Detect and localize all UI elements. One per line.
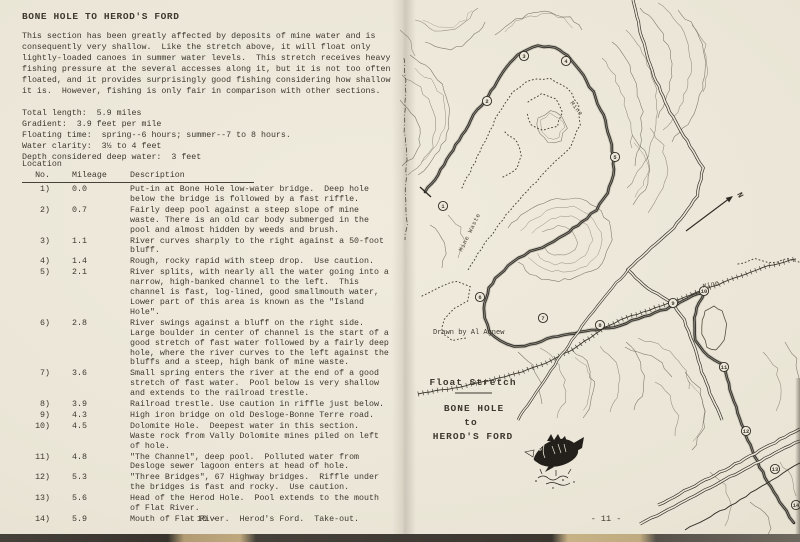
row-mileage: 0.7 [72, 206, 112, 236]
map-marker-2: 2 [482, 96, 491, 105]
marker-number: 12 [743, 429, 749, 435]
column-header-no: No. [22, 170, 50, 181]
stat-line: Total length: 5.9 miles [22, 108, 291, 119]
contour-line [430, 225, 446, 268]
marker-number: 7 [541, 316, 544, 322]
row-no: 6) [22, 319, 50, 369]
marker-number: 11 [721, 365, 727, 371]
map-contour-lines [400, 3, 799, 540]
contour-line [572, 350, 595, 418]
contour-line [410, 55, 450, 175]
table-row: 10)4.5Dolomite Hole. Deepest water in th… [22, 422, 392, 452]
contour-line [785, 342, 799, 378]
map-marker-6: 6 [475, 292, 484, 301]
row-mileage: 5.3 [72, 473, 112, 493]
row-description: Small spring enters the river at the end… [130, 369, 392, 399]
table-row: 7)3.6Small spring enters the river at th… [22, 369, 392, 399]
river-centerline [425, 46, 794, 523]
row-mileage: 5.9 [72, 515, 112, 525]
topographic-map: 1234567891011121314 N Mine Waste Mine Mi… [400, 0, 800, 542]
table-row: 11)4.8"The Channel", deep pool. Polluted… [22, 453, 392, 473]
marker-number: 13 [772, 467, 778, 473]
marker-number: 5 [613, 155, 616, 161]
row-no: 7) [22, 369, 50, 399]
map-marker-1: 1 [438, 201, 447, 210]
intro-paragraph: This section has been greatly affected b… [22, 31, 396, 97]
contour-line [688, 381, 705, 442]
contour-line [763, 352, 781, 411]
row-no: 3) [22, 237, 50, 257]
row-mileage: 2.8 [72, 319, 112, 369]
railroad-line [418, 259, 796, 394]
river-stats-list: Total length: 5.9 milesGradient: 3.9 fee… [22, 108, 291, 163]
contour-line [655, 382, 679, 436]
row-mileage: 3.9 [72, 400, 112, 410]
contour-line [415, 68, 446, 162]
row-description: High iron bridge on old Desloge-Bonne Te… [130, 411, 392, 421]
map-caption: Float Stretch BONE HOLE to HEROD'S FORD [429, 377, 516, 442]
dotted-trail [738, 259, 799, 265]
contour-line [518, 352, 542, 404]
map-label-mine-inner: Mine [568, 100, 584, 118]
caption-float-stretch: Float Stretch [429, 377, 516, 388]
row-description: Head of the Herod Hole. Pool extends to … [130, 494, 392, 514]
row-description: River splits, with nearly all the water … [130, 268, 392, 318]
row-description: Railroad trestle. Use caution in riffle … [130, 400, 392, 410]
column-header-mileage: Mileage [72, 170, 112, 181]
contour-line [600, 346, 620, 412]
marker-number: 6 [478, 295, 481, 301]
marker-number: 2 [485, 99, 488, 105]
contour-line [537, 111, 568, 143]
table-row: 5)2.1River splits, with nearly all the w… [22, 268, 392, 318]
contour-line [532, 216, 593, 265]
table-row: 12)5.3"Three Bridges", 67 Highway bridge… [22, 473, 392, 493]
caption-to: to [464, 417, 477, 428]
contour-line [505, 13, 573, 32]
row-description: "The Channel", deep pool. Polluted water… [130, 453, 392, 473]
map-marker-5: 5 [610, 152, 619, 161]
oxbow-pond [702, 306, 727, 350]
map-linework [404, 0, 800, 530]
row-no: 8) [22, 400, 50, 410]
row-mileage: 4.3 [72, 411, 112, 421]
contour-line [400, 100, 420, 166]
contour-line [495, 11, 582, 35]
row-description: Fairly deep pool against a steep slope o… [130, 206, 392, 236]
row-description: Rough, rocky rapid with steep drop. Use … [130, 257, 392, 267]
row-no: 2) [22, 206, 50, 236]
contour-line [648, 128, 668, 213]
artist-credit: Drawn by Al Agnew [433, 329, 505, 337]
map-marker-12: 12 [741, 426, 750, 435]
row-mileage: 1.4 [72, 257, 112, 267]
river-ink-bleed [425, 46, 794, 523]
table-group-header: Location [22, 160, 392, 170]
row-mileage: 4.8 [72, 453, 112, 473]
row-mileage: 2.1 [72, 268, 112, 318]
map-marker-9: 9 [668, 298, 677, 307]
stat-line: Gradient: 3.9 feet per mile [22, 119, 291, 130]
contour-line [710, 472, 731, 526]
row-no: 14) [22, 515, 50, 525]
row-no: 1) [22, 185, 50, 205]
stat-line: Water clarity: 3½ to 4 feet [22, 141, 291, 152]
dotted-trail [503, 132, 521, 177]
row-description: Dolomite Hole. Deepest water in this sec… [130, 422, 392, 452]
marker-number: 10 [701, 289, 707, 295]
table-header-row: No. Mileage Description [22, 170, 254, 183]
stat-line: Floating time: spring--6 hours; summer--… [22, 130, 291, 141]
row-mileage: 0.0 [72, 185, 112, 205]
row-mileage: 4.5 [72, 422, 112, 452]
contour-line [626, 30, 657, 188]
row-no: 9) [22, 411, 50, 421]
row-no: 10) [22, 422, 50, 452]
contour-line [541, 113, 565, 139]
contour-line [423, 11, 472, 28]
row-no: 11) [22, 453, 50, 473]
location-table: Location No. Mileage Description 1)0.0Pu… [22, 160, 392, 526]
dotted-trail [527, 94, 562, 131]
page-corner-shadow [795, 378, 800, 534]
table-body: 1)0.0Put-in at Bone Hole low-water bridg… [22, 185, 392, 525]
page-number-left: - 10 - [180, 514, 224, 524]
scanned-book-spread: BONE HOLE TO HEROD'S FORD This section h… [0, 0, 800, 542]
book-bottom-edge [0, 534, 800, 542]
column-header-description: Description [130, 170, 392, 181]
caption-herods-ford: HEROD'S FORD [433, 431, 513, 442]
page-title: BONE HOLE TO HEROD'S FORD [22, 11, 180, 22]
row-description: Put-in at Bone Hole low-water bridge. De… [130, 185, 392, 205]
contour-line [640, 8, 672, 118]
contour-line [626, 342, 645, 410]
caption-bone-hole: BONE HOLE [444, 403, 504, 414]
contour-line [658, 3, 692, 130]
table-row: 9)4.3High iron bridge on old Desloge-Bon… [22, 411, 392, 421]
map-marker-11: 11 [719, 362, 728, 371]
table-row: 8)3.9Railroad trestle. Use caution in ri… [22, 400, 392, 410]
row-description: Mouth of Flat River. Herod's Ford. Take-… [130, 515, 392, 525]
row-no: 5) [22, 268, 50, 318]
map-marker-13: 13 [770, 464, 779, 473]
table-row: 13)5.6Head of the Herod Hole. Pool exten… [22, 494, 392, 514]
table-row: 2)0.7Fairly deep pool against a steep sl… [22, 206, 392, 236]
row-mileage: 5.6 [72, 494, 112, 514]
row-no: 13) [22, 494, 50, 514]
map-marker-7: 7 [538, 313, 547, 322]
contour-line [685, 372, 705, 450]
north-label: N [734, 191, 744, 200]
contour-line [638, 338, 689, 389]
contour-line [612, 42, 643, 166]
river-flat-river [425, 46, 794, 523]
row-description: River swings against a bluff on the righ… [130, 319, 392, 369]
marker-number: 1 [441, 204, 444, 210]
row-no: 12) [22, 473, 50, 493]
contour-line [632, 135, 650, 205]
page-number-right: - 11 - [584, 514, 628, 524]
boundary-line [404, 58, 407, 240]
contour-line [780, 462, 796, 496]
contour-line [400, 30, 415, 56]
contour-line [634, 143, 649, 198]
highway-67-span-3 [685, 463, 800, 530]
row-description: "Three Bridges", 67 Highway bridges. Rif… [130, 473, 392, 493]
map-label-mine-waste: Mine Waste [458, 212, 483, 253]
row-mileage: 3.6 [72, 369, 112, 399]
row-no: 4) [22, 257, 50, 267]
marker-number: 8 [598, 323, 601, 329]
table-row: 1)0.0Put-in at Bone Hole low-water bridg… [22, 185, 392, 205]
contour-line [415, 8, 478, 31]
marker-number: 3 [522, 54, 525, 60]
row-mileage: 1.1 [72, 237, 112, 257]
map-marker-8: 8 [595, 320, 604, 329]
table-row: 3)1.1River curves sharply to the right a… [22, 237, 392, 257]
map-marker-4: 4 [561, 56, 570, 65]
map-marker-3: 3 [519, 51, 528, 60]
contour-line [625, 347, 672, 377]
table-row: 4)1.4Rough, rocky rapid with steep drop.… [22, 257, 392, 267]
marker-number: 9 [671, 301, 674, 307]
map-label-mine: Mine [702, 279, 720, 290]
fish-illustration [525, 434, 584, 489]
row-description: River curves sharply to the right agains… [130, 237, 392, 257]
table-row: 6)2.8River swings against a bluff on the… [22, 319, 392, 369]
